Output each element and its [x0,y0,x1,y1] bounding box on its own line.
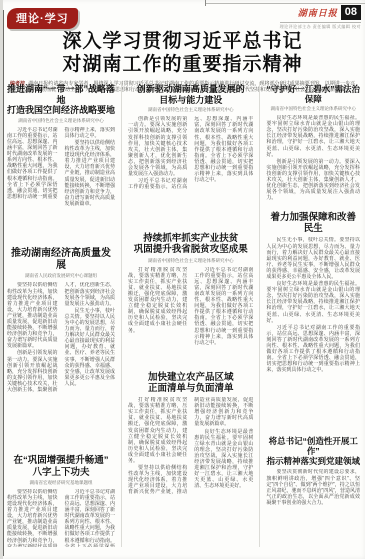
paragraph: 良好生态环境是最普惠的民生福祉。要牢固树立绿水青山就是金山银山的理念，坚决打好污… [266,281,360,324]
scan-edge-line [3,10,4,556]
article6-title: 加快建立农产品区域 正面清单与负面清单 [128,372,253,394]
paragraph: 民生无小事，枝叶总关情。要坚持以人民为中心的发展思想，尽力而为、量力而行，着力解… [266,237,360,280]
main-headline-line2: 对湖南工作的重要指示精神 [8,53,357,76]
article9-title-line2: 指示精神落实到党建领域 [266,456,360,466]
column-middle: 创新驱动湖南高质量发展的 目标与能力建设 湖南省中国特色社会主义理论体系研究中心… [121,82,260,547]
paragraph: 习近平总书记对湖南工作的重要指示，站位高远、思想深邃、内涵丰富，深刻回答了新时代… [194,267,253,346]
top-tick [205,0,206,6]
top-rule [205,3,365,4]
article1-title: 推进湖南“一带一部”战略落地 打造我国空间经济战略要地 [7,84,115,116]
article1-title-line1: 推进湖南“一带一部”战略落地 [7,84,115,105]
article8-author: 湖南省宏观经济研究基地课题组 [7,480,115,486]
article2-body: 创新是引领发展的第一动力。要深入实施创新引领开放崛起战略，充分发挥科技创新的支撑… [128,116,253,228]
article2-author: 湖南省中国特色社会主义理论体系研究中心 [128,107,253,113]
article8-title: 在“巩固增强提升畅通” 八字上下功夫 [7,455,115,477]
column-right: “守护好一江碧水”需法治保障 湖南省中国特色社会主义理论体系研究中心 良好生态环… [266,82,360,547]
article6-title-line2: 正面清单与负面清单 [128,383,253,394]
article5-body: 打好精准脱贫攻坚战，要落实精准方略，压实工作责任，抓实产业扶贫、就业扶贫、易地扶… [128,267,253,367]
paragraph: 民生无小事，枝叶总关情。要坚持以人民为中心的发展思想，尽力而为、量力而行，着力解… [65,308,116,387]
masthead-info-line: 理论评论部主办 责任编辑 版式编辑 校对 [280,22,361,30]
article9-body: 要坚决贯彻新时代党的建设总要求，旗帜鲜明讲政治，增强“四个意识”、坚定“四个自信… [266,469,360,547]
paragraph: 创新是引领发展的第一动力。要深入实施创新引领开放崛起战略，充分发挥科技创新的支撑… [266,159,360,202]
newspaper-page: 理论·学习 湖南日报 08 理论评论部主办 责任编辑 版式编辑 校对 深入学习贯… [0,0,365,559]
paragraph: 要坚决贯彻新时代党的建设总要求，旗帜鲜明讲政治，增强“四个意识”、坚定“四个自信… [266,469,360,506]
article3-author: 湖南省中国特色社会主义理论体系研究中心 [266,106,360,112]
article8-title-line2: 八字上下功夫 [7,467,115,478]
article9-title: 将总书记“创造性开展工作” 指示精神落实到党建领域 [266,436,360,466]
article7-title: 着力加强保障和改善民生 [266,212,360,234]
article6-body: 打好精准脱贫攻坚战，要落实精准方略，压实工作责任，抓实产业扶贫、就业扶贫、易地扶… [128,397,253,535]
column-area: 推进湖南“一带一部”战略落地 打造我国空间经济战略要地 湖南省中国特色社会主义理… [7,82,360,547]
paragraph: 创新是引领发展的第一动力。要深入实施创新引领开放崛起战略，充分发挥科技创新的支撑… [128,116,187,177]
page-number: 08 [341,5,361,20]
paragraph: 习近平总书记对湖南工作的重要指示，站位高远、思想深邃、内涵丰富，深刻回答了新时代… [266,325,360,374]
article8-title-line1: 在“巩固增强提升畅通” [7,455,115,466]
article2-title-line2: 目标与能力建设 [128,95,253,106]
column-left: 推进湖南“一带一部”战略落地 打造我国空间经济战略要地 湖南省中国特色社会主义理… [7,82,115,547]
article4-author: 湖南省人民政府发展研究中心课题组 [7,273,115,279]
article1-body: 习近平总书记对湖南工作的重要指示，站位高远、思想深邃、内涵丰富，深刻回答了新时代… [7,127,115,243]
article1-author: 湖南省中国特色社会主义理论体系研究中心 [7,118,115,124]
paragraph: 要坚持以供给侧结构性改革为主线，加快建设现代化经济体系，着力推进产业项目建设，大… [7,282,58,349]
article7-body: 民生无小事，枝叶总关情。要坚持以人民为中心的发展思想，尽力而为、量力而行，着力解… [266,237,360,431]
paragraph: 要坚持以供给侧结构性改革为主线，加快建设现代化经济体系，着力推进产业项目建设，大… [7,489,58,547]
article5-author: 湖南省中国特色社会主义理论体系研究中心 [128,258,253,264]
article9-title-line1: 将总书记“创造性开展工作” [266,436,360,456]
main-headline-line1: 深入学习贯彻习近平总书记 [8,30,357,53]
article3-title: “守护好一江碧水”需法治保障 [266,84,360,104]
main-headline: 深入学习贯彻习近平总书记 对湖南工作的重要指示精神 [8,30,357,76]
article6-title-line1: 加快建立农产品区域 [128,372,253,383]
paragraph: 要坚持以供给侧结构性改革为主线，加快建设现代化经济体系，着力推进产业项目建设，大… [65,140,116,207]
article2-title: 创新驱动湖南高质量发展的 目标与能力建设 [128,84,253,105]
article4-title: 推动湖南经济高质量发展 [7,248,115,272]
paragraph: 打好精准脱贫攻坚战，要落实精准方略，压实工作责任，抓实产业扶贫、就业扶贫、易地扶… [128,267,187,334]
section-badge: 理论·学习 [7,8,78,29]
article8-body: 要坚持以供给侧结构性改革为主线，加快建设现代化经济体系，着力推进产业项目建设，大… [7,489,115,547]
article1-title-line2: 打造我国空间经济战略要地 [7,105,115,116]
article4-body: 要坚持以供给侧结构性改革为主线，加快建设现代化经济体系，着力推进产业项目建设，大… [7,282,115,450]
article5-title-line1: 持续抓牢抓实产业扶贫 [128,233,253,244]
paragraph: 良好生态环境是最普惠的民生福祉。要牢固树立绿水青山就是金山银山的理念，坚决打好污… [194,429,253,490]
paragraph: 习近平总书记对湖南工作的重要指示，站位高远、思想深邃、内涵丰富，深刻回答了新时代… [65,489,116,547]
paper-logo: 湖南日报 [298,6,338,19]
paragraph: 良好生态环境是最普惠的民生福祉。要牢固树立绿水青山就是金山银山的理念，坚决打好污… [266,115,360,158]
article5-title-line2: 巩固提升我省脱贫攻坚成果 [128,244,253,255]
article2-title-line1: 创新驱动湖南高质量发展的 [128,84,253,95]
article3-body: 良好生态环境是最普惠的民生福祉。要牢固树立绿水青山就是金山银山的理念，坚决打好污… [266,115,360,207]
article5-title: 持续抓牢抓实产业扶贫 巩固提升我省脱贫攻坚成果 [128,233,253,255]
paragraph: 打好精准脱贫攻坚战，要落实精准方略，压实工作责任，抓实产业扶贫、就业扶贫、易地扶… [128,397,187,464]
masthead: 湖南日报 08 理论评论部主办 责任编辑 版式编辑 校对 [280,5,361,30]
